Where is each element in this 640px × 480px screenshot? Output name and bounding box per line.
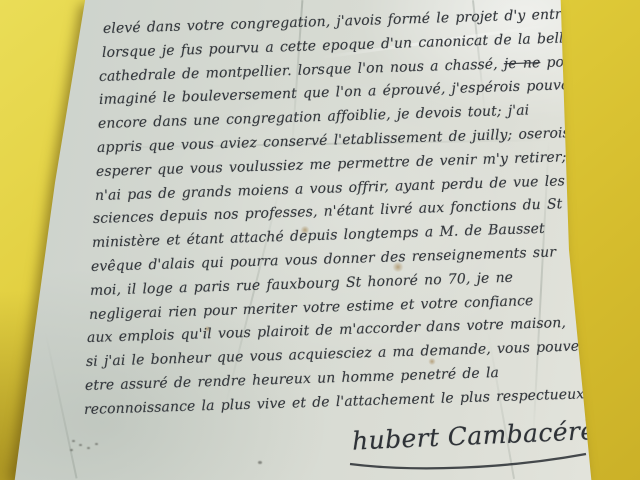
line-text	[586, 338, 587, 354]
line-text: moi, il loge a paris rue fauxbourg St ho…	[90, 270, 514, 299]
line-text	[577, 6, 578, 22]
ink-smudge	[95, 443, 98, 445]
line-text	[585, 149, 586, 165]
ink-smudge	[87, 447, 90, 449]
line-text	[620, 76, 621, 92]
line-text: etre assuré de rendre heureux un homme p…	[85, 365, 499, 394]
paper-shadow: elevé dans votre congregation, j'avois f…	[0, 0, 640, 480]
paper-crease	[44, 331, 77, 478]
photo-background: elevé dans votre congregation, j'avois f…	[0, 0, 640, 480]
line-text	[589, 386, 590, 402]
signature-flourish	[344, 450, 594, 474]
ink-smudge	[72, 440, 75, 442]
letter-paper: elevé dans votre congregation, j'avois f…	[0, 0, 640, 480]
ink-smudge	[70, 449, 73, 451]
line-text: pouvant	[540, 53, 605, 71]
ink-smudge	[258, 461, 262, 464]
struck-word: je ne	[504, 55, 541, 72]
letter-line: moi, il loge a paris rue fauxbourg St ho…	[90, 270, 514, 299]
line-text	[587, 125, 588, 141]
ink-smudge	[79, 444, 82, 446]
letter-line: etre assuré de rendre heureux un homme p…	[85, 365, 499, 394]
line-text	[572, 30, 573, 46]
